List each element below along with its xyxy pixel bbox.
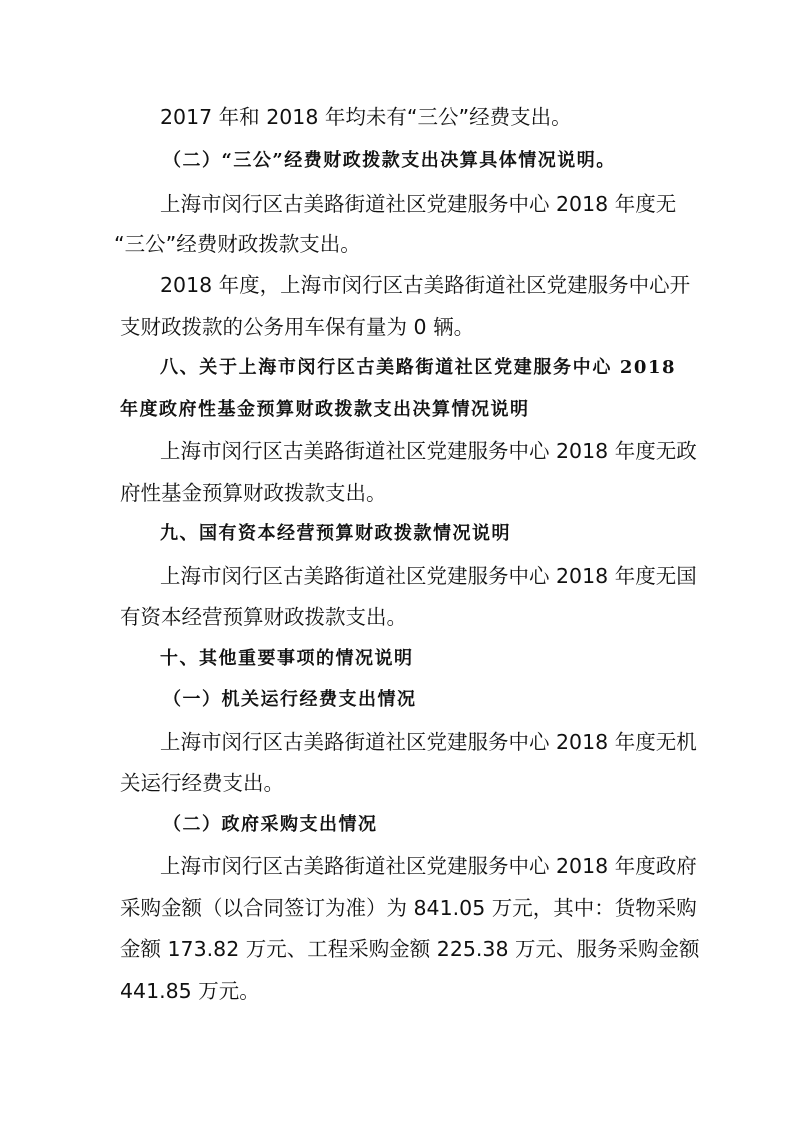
body-text: 关运行经费支出。 (120, 769, 676, 797)
body-text: 441.85 万元。 (120, 977, 676, 1005)
subheading-sangong-details: （二）“三公”经费财政拨款支出决算具体情况说明。 (163, 147, 676, 175)
body-text: 上海市闵行区古美路街道社区党建服务中心 2018 年度政府 (160, 852, 676, 880)
body-text: 金额 173.82 万元、工程采购金额 225.38 万元、服务采购金额 (120, 935, 676, 963)
body-text: 府性基金预算财政拨款支出。 (120, 479, 676, 507)
body-text: 2017 年和 2018 年均未有“三公”经费支出。 (160, 103, 676, 131)
body-text: 上海市闵行区古美路街道社区党建服务中心 2018 年度无机 (160, 728, 676, 756)
subheading-operating-costs: （一）机关运行经费支出情况 (163, 686, 676, 714)
heading-section-8-cont: 年度政府性基金预算财政拨款支出决算情况说明 (120, 396, 676, 424)
subheading-procurement: （二）政府采购支出情况 (163, 811, 676, 839)
body-text: 2018 年度，上海市闵行区古美路街道社区党建服务中心开 (160, 271, 676, 299)
body-text: 上海市闵行区古美路街道社区党建服务中心 2018 年度无 (160, 190, 676, 218)
heading-section-10: 十、其他重要事项的情况说明 (160, 645, 676, 673)
body-text: 有资本经营预算财政拨款支出。 (120, 603, 676, 631)
document-page: 2017 年和 2018 年均未有“三公”经费支出。 （二）“三公”经费财政拨款… (0, 0, 793, 1122)
body-text: “三公”经费财政拨款支出。 (114, 230, 670, 258)
body-text: 采购金额（以合同签订为准）为 841.05 万元，其中：货物采购 (120, 894, 676, 922)
body-text: 支财政拨款的公务用车保有量为 0 辆。 (120, 313, 676, 341)
body-text: 上海市闵行区古美路街道社区党建服务中心 2018 年度无国 (160, 562, 676, 590)
heading-section-9: 九、国有资本经营预算财政拨款情况说明 (160, 520, 676, 548)
heading-section-8: 八、关于上海市闵行区古美路街道社区党建服务中心 2018 (160, 354, 676, 382)
body-text: 上海市闵行区古美路街道社区党建服务中心 2018 年度无政 (160, 437, 676, 465)
